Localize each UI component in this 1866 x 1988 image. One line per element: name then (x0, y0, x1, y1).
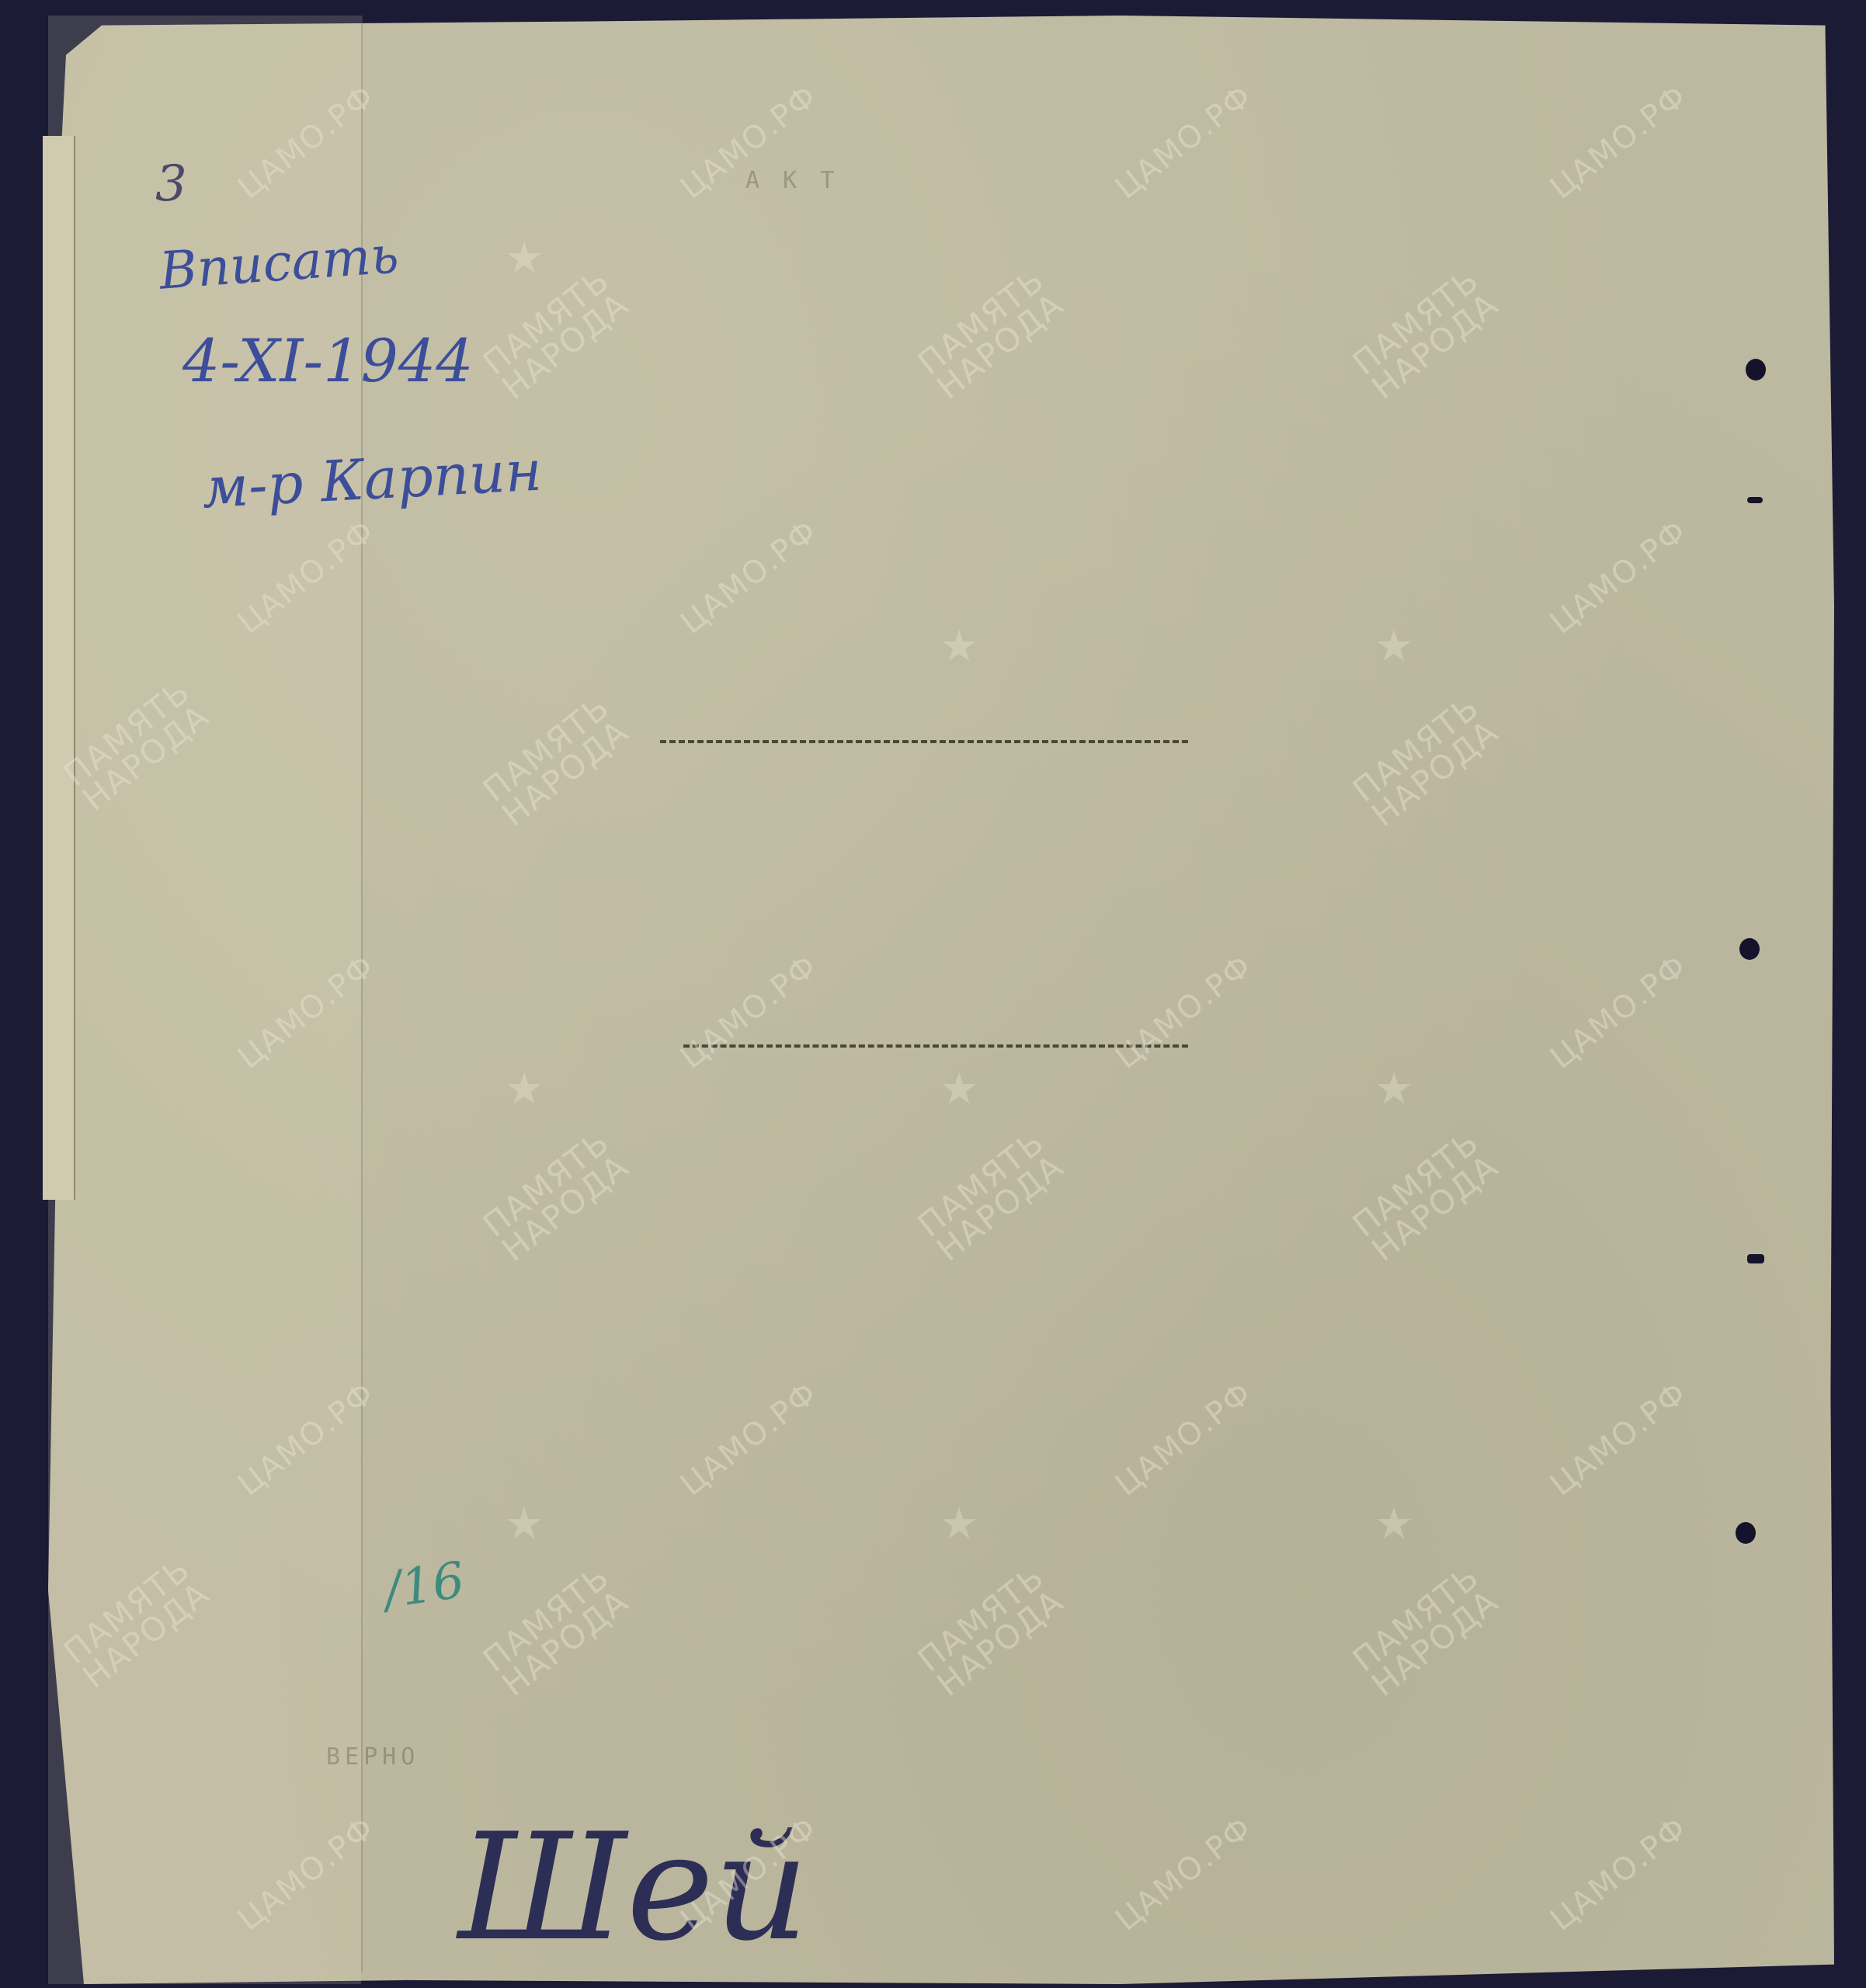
star-watermark-icon: ★ (940, 1064, 978, 1114)
handwritten-date: 4-XI-1944 (182, 326, 474, 395)
punch-hole-1 (1746, 359, 1766, 381)
star-watermark-icon: ★ (505, 1064, 544, 1114)
star-watermark-icon: ★ (1374, 1064, 1413, 1114)
star-watermark-icon: ★ (1374, 621, 1413, 672)
green-pencil-note: /16 (380, 1552, 467, 1620)
star-watermark-icon: ★ (940, 1499, 978, 1549)
star-watermark-icon: ★ (505, 233, 544, 283)
fold-line (361, 16, 363, 1972)
punch-hole-5 (1736, 1522, 1756, 1544)
handwritten-mark: 3 (155, 155, 187, 213)
typed-heading: А К Т (745, 167, 839, 194)
dashed-underline-1 (660, 740, 1188, 743)
star-watermark-icon: ★ (1374, 1499, 1413, 1549)
star-watermark-icon: ★ (505, 1499, 544, 1549)
punch-hole-3 (1739, 938, 1760, 960)
typed-stamp-verno: ВЕРНО (326, 1743, 419, 1771)
punch-hole-torn-2 (1747, 497, 1763, 503)
torn-left-margin-strip (43, 136, 75, 1200)
star-watermark-icon: ★ (940, 621, 978, 672)
punch-hole-torn-4 (1747, 1254, 1764, 1263)
